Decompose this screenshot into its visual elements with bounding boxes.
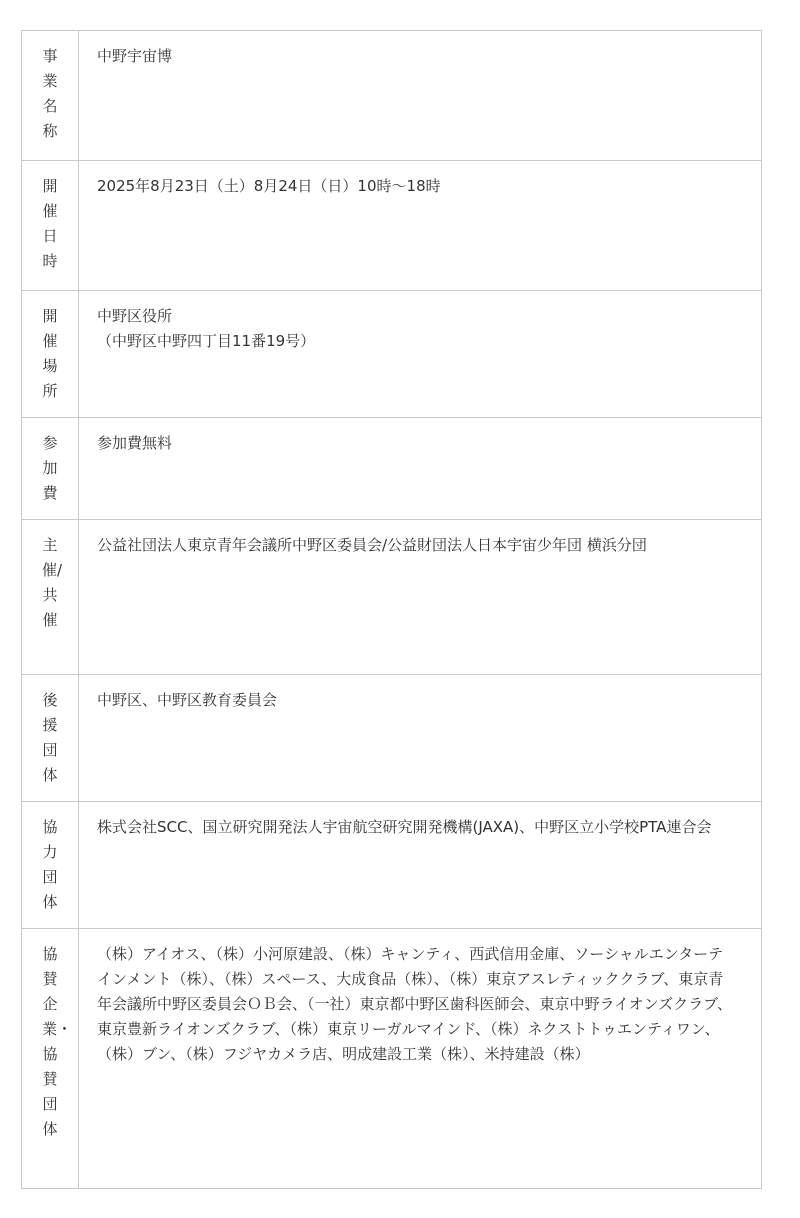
event-info-table: 事業名称 中野宇宙博 開催日時 2025年8月23日（土）8月24日（日）10時… xyxy=(21,30,762,1189)
table-row: 協力団体 株式会社SCC、国立研究開発法人宇宙航空研究開発機構(JAXA)、中野… xyxy=(22,802,762,929)
row-label-cell: 協力団体 xyxy=(22,802,79,929)
row-label: 開催日時 xyxy=(42,174,58,274)
row-content: 参加費無料 xyxy=(79,418,762,520)
row-label: 協力団体 xyxy=(42,815,58,915)
row-label: 主催/共催 xyxy=(42,533,58,633)
row-label: 事業名称 xyxy=(42,44,58,144)
row-content: 中野区役所 （中野区中野四丁目11番19号） xyxy=(79,291,762,418)
row-label: 協賛企業・協賛団体 xyxy=(42,942,58,1142)
table-row: 事業名称 中野宇宙博 xyxy=(22,31,762,161)
row-content: 公益社団法人東京青年会議所中野区委員会/公益財団法人日本宇宙少年団 横浜分団 xyxy=(79,520,762,675)
row-label-cell: 後援団体 xyxy=(22,675,79,802)
row-label-cell: 参加費 xyxy=(22,418,79,520)
row-label: 参加費 xyxy=(42,431,58,506)
row-content: 中野区、中野区教育委員会 xyxy=(79,675,762,802)
table-row: 後援団体 中野区、中野区教育委員会 xyxy=(22,675,762,802)
row-label-cell: 主催/共催 xyxy=(22,520,79,675)
table-row: 参加費 参加費無料 xyxy=(22,418,762,520)
row-label-cell: 事業名称 xyxy=(22,31,79,161)
row-label-cell: 協賛企業・協賛団体 xyxy=(22,929,79,1189)
row-content: （株）アイオス、（株）小河原建設、（株）キャンティ、西武信用金庫、ソーシャルエン… xyxy=(79,929,762,1189)
row-content: 中野宇宙博 xyxy=(79,31,762,161)
row-label: 開催場所 xyxy=(42,304,58,404)
table-row: 開催日時 2025年8月23日（土）8月24日（日）10時〜18時 xyxy=(22,161,762,291)
table-row: 協賛企業・協賛団体 （株）アイオス、（株）小河原建設、（株）キャンティ、西武信用… xyxy=(22,929,762,1189)
row-content: 2025年8月23日（土）8月24日（日）10時〜18時 xyxy=(79,161,762,291)
row-label-cell: 開催日時 xyxy=(22,161,79,291)
table-row: 主催/共催 公益社団法人東京青年会議所中野区委員会/公益財団法人日本宇宙少年団 … xyxy=(22,520,762,675)
row-content: 株式会社SCC、国立研究開発法人宇宙航空研究開発機構(JAXA)、中野区立小学校… xyxy=(79,802,762,929)
row-label: 後援団体 xyxy=(42,688,58,788)
table-row: 開催場所 中野区役所 （中野区中野四丁目11番19号） xyxy=(22,291,762,418)
row-label-cell: 開催場所 xyxy=(22,291,79,418)
